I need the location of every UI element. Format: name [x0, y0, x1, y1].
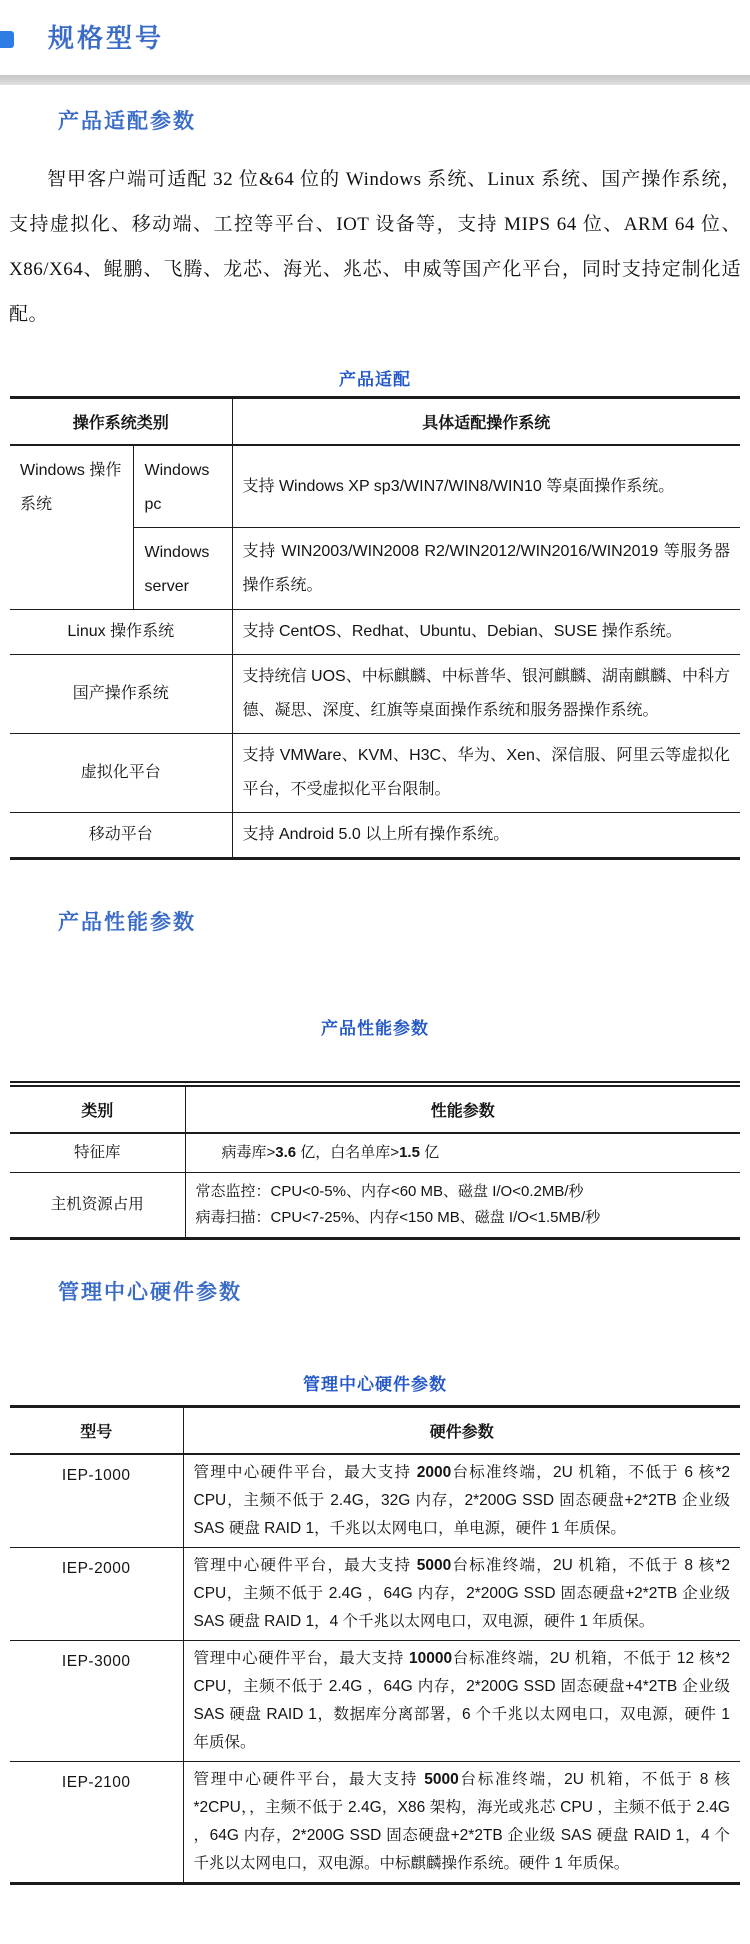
table-row: Windows 操作系统 Windows pc 支持 Windows XP sp…: [10, 445, 740, 528]
adapt-cell-desc: 支持 Android 5.0 以上所有操作系统。: [232, 813, 740, 859]
adapt-cell-subcategory: Windows server: [134, 528, 232, 610]
table-row: IEP-1000 管理中心硬件平台，最大支持 2000台标准终端，2U 机箱，不…: [10, 1454, 740, 1548]
hw-col-header-params: 硬件参数: [183, 1407, 740, 1455]
table-row: IEP-2000 管理中心硬件平台，最大支持 5000台标准终端，2U 机箱，不…: [10, 1548, 740, 1641]
adapt-paragraph: 智甲客户端可适配 32 位&64 位的 Windows 系统、Linux 系统、…: [9, 157, 741, 337]
adapt-cell-desc: 支持 WIN2003/WIN2008 R2/WIN2012/WIN2016/WI…: [232, 528, 740, 610]
hw-cell-model: IEP-1000: [10, 1454, 183, 1548]
adapt-cell-category: 虚拟化平台: [10, 734, 232, 813]
perf-col-header-params: 性能参数: [185, 1084, 740, 1133]
table-row: 国产操作系统 支持统信 UOS、中标麒麟、中标普华、银河麒麟、湖南麒麟、中科方德…: [10, 655, 740, 734]
performance-table-caption: 产品性能参数: [0, 1014, 750, 1039]
hw-cell-model: IEP-2000: [10, 1548, 183, 1641]
hw-cell-model: IEP-3000: [10, 1641, 183, 1762]
section-bullet-icon: [0, 31, 14, 48]
adapt-cell-desc: 支持 CentOS、Redhat、Ubuntu、Debian、SUSE 操作系统…: [232, 610, 740, 655]
table-row: 主机资源占用 常态监控：CPU<0-5%、内存<60 MB、磁盘 I/O<0.2…: [10, 1173, 740, 1239]
hardware-table-header-row: 型号 硬件参数: [10, 1407, 740, 1455]
adapt-cell-category: Linux 操作系统: [10, 610, 232, 655]
adapt-cell-subcategory: Windows pc: [134, 445, 232, 528]
hardware-table-caption: 管理中心硬件参数: [0, 1370, 750, 1395]
hw-cell-params: 管理中心硬件平台，最大支持 5000台标准终端，2U 机箱，不低于 8 核*2C…: [183, 1762, 740, 1884]
table-row: Linux 操作系统 支持 CentOS、Redhat、Ubuntu、Debia…: [10, 610, 740, 655]
table-row: 虚拟化平台 支持 VMWare、KVM、H3C、华为、Xen、深信服、阿里云等虚…: [10, 734, 740, 813]
hw-cell-params: 管理中心硬件平台，最大支持 10000台标准终端，2U 机箱，不低于 12 核*…: [183, 1641, 740, 1762]
perf-cell-category: 特征库: [10, 1133, 185, 1173]
adapt-cell-desc: 支持 Windows XP sp3/WIN7/WIN8/WIN10 等桌面操作系…: [232, 445, 740, 528]
adapt-col-header-detail: 具体适配操作系统: [232, 398, 740, 446]
perf-cell-category: 主机资源占用: [10, 1173, 185, 1239]
hardware-table: 型号 硬件参数 IEP-1000 管理中心硬件平台，最大支持 2000台标准终端…: [10, 1405, 740, 1885]
adapt-cell-desc: 支持 VMWare、KVM、H3C、华为、Xen、深信服、阿里云等虚拟化平台，不…: [232, 734, 740, 813]
perf-cell-value: 病毒库>3.6 亿，白名单库>1.5 亿: [185, 1133, 740, 1173]
perf-col-header-category: 类别: [10, 1084, 185, 1133]
hw-cell-model: IEP-2100: [10, 1762, 183, 1884]
performance-table-header-row: 类别 性能参数: [10, 1084, 740, 1133]
table-row: IEP-3000 管理中心硬件平台，最大支持 10000台标准终端，2U 机箱，…: [10, 1641, 740, 1762]
table-row: IEP-2100 管理中心硬件平台，最大支持 5000台标准终端，2U 机箱，不…: [10, 1762, 740, 1884]
adapt-table: 操作系统类别 具体适配操作系统 Windows 操作系统 Windows pc …: [10, 396, 740, 860]
table-row: 特征库 病毒库>3.6 亿，白名单库>1.5 亿: [10, 1133, 740, 1173]
page-title: 规格型号: [48, 18, 750, 55]
section-heading-performance: 产品性能参数: [58, 906, 750, 936]
hw-cell-params: 管理中心硬件平台，最大支持 5000台标准终端，2U 机箱，不低于 8 核*2 …: [183, 1548, 740, 1641]
table-row: 移动平台 支持 Android 5.0 以上所有操作系统。: [10, 813, 740, 859]
doc-header: 规格型号: [0, 0, 750, 55]
header-divider: [0, 75, 750, 85]
hw-cell-params: 管理中心硬件平台，最大支持 2000台标准终端，2U 机箱，不低于 6 核*2 …: [183, 1454, 740, 1548]
hw-col-header-model: 型号: [10, 1407, 183, 1455]
adapt-cell-category: 国产操作系统: [10, 655, 232, 734]
adapt-table-caption: 产品适配: [0, 365, 750, 390]
adapt-table-header-row: 操作系统类别 具体适配操作系统: [10, 398, 740, 446]
adapt-cell-desc: 支持统信 UOS、中标麒麟、中标普华、银河麒麟、湖南麒麟、中科方德、凝思、深度、…: [232, 655, 740, 734]
perf-cell-value: 常态监控：CPU<0-5%、内存<60 MB、磁盘 I/O<0.2MB/秒病毒扫…: [185, 1173, 740, 1239]
performance-table: 类别 性能参数 特征库 病毒库>3.6 亿，白名单库>1.5 亿 主机资源占用 …: [10, 1081, 740, 1240]
adapt-cell-category: 移动平台: [10, 813, 232, 859]
adapt-cell-category: Windows 操作系统: [10, 445, 134, 610]
adapt-col-header-category: 操作系统类别: [10, 398, 232, 446]
section-heading-adapt: 产品适配参数: [58, 105, 750, 135]
section-heading-hardware: 管理中心硬件参数: [58, 1276, 750, 1306]
